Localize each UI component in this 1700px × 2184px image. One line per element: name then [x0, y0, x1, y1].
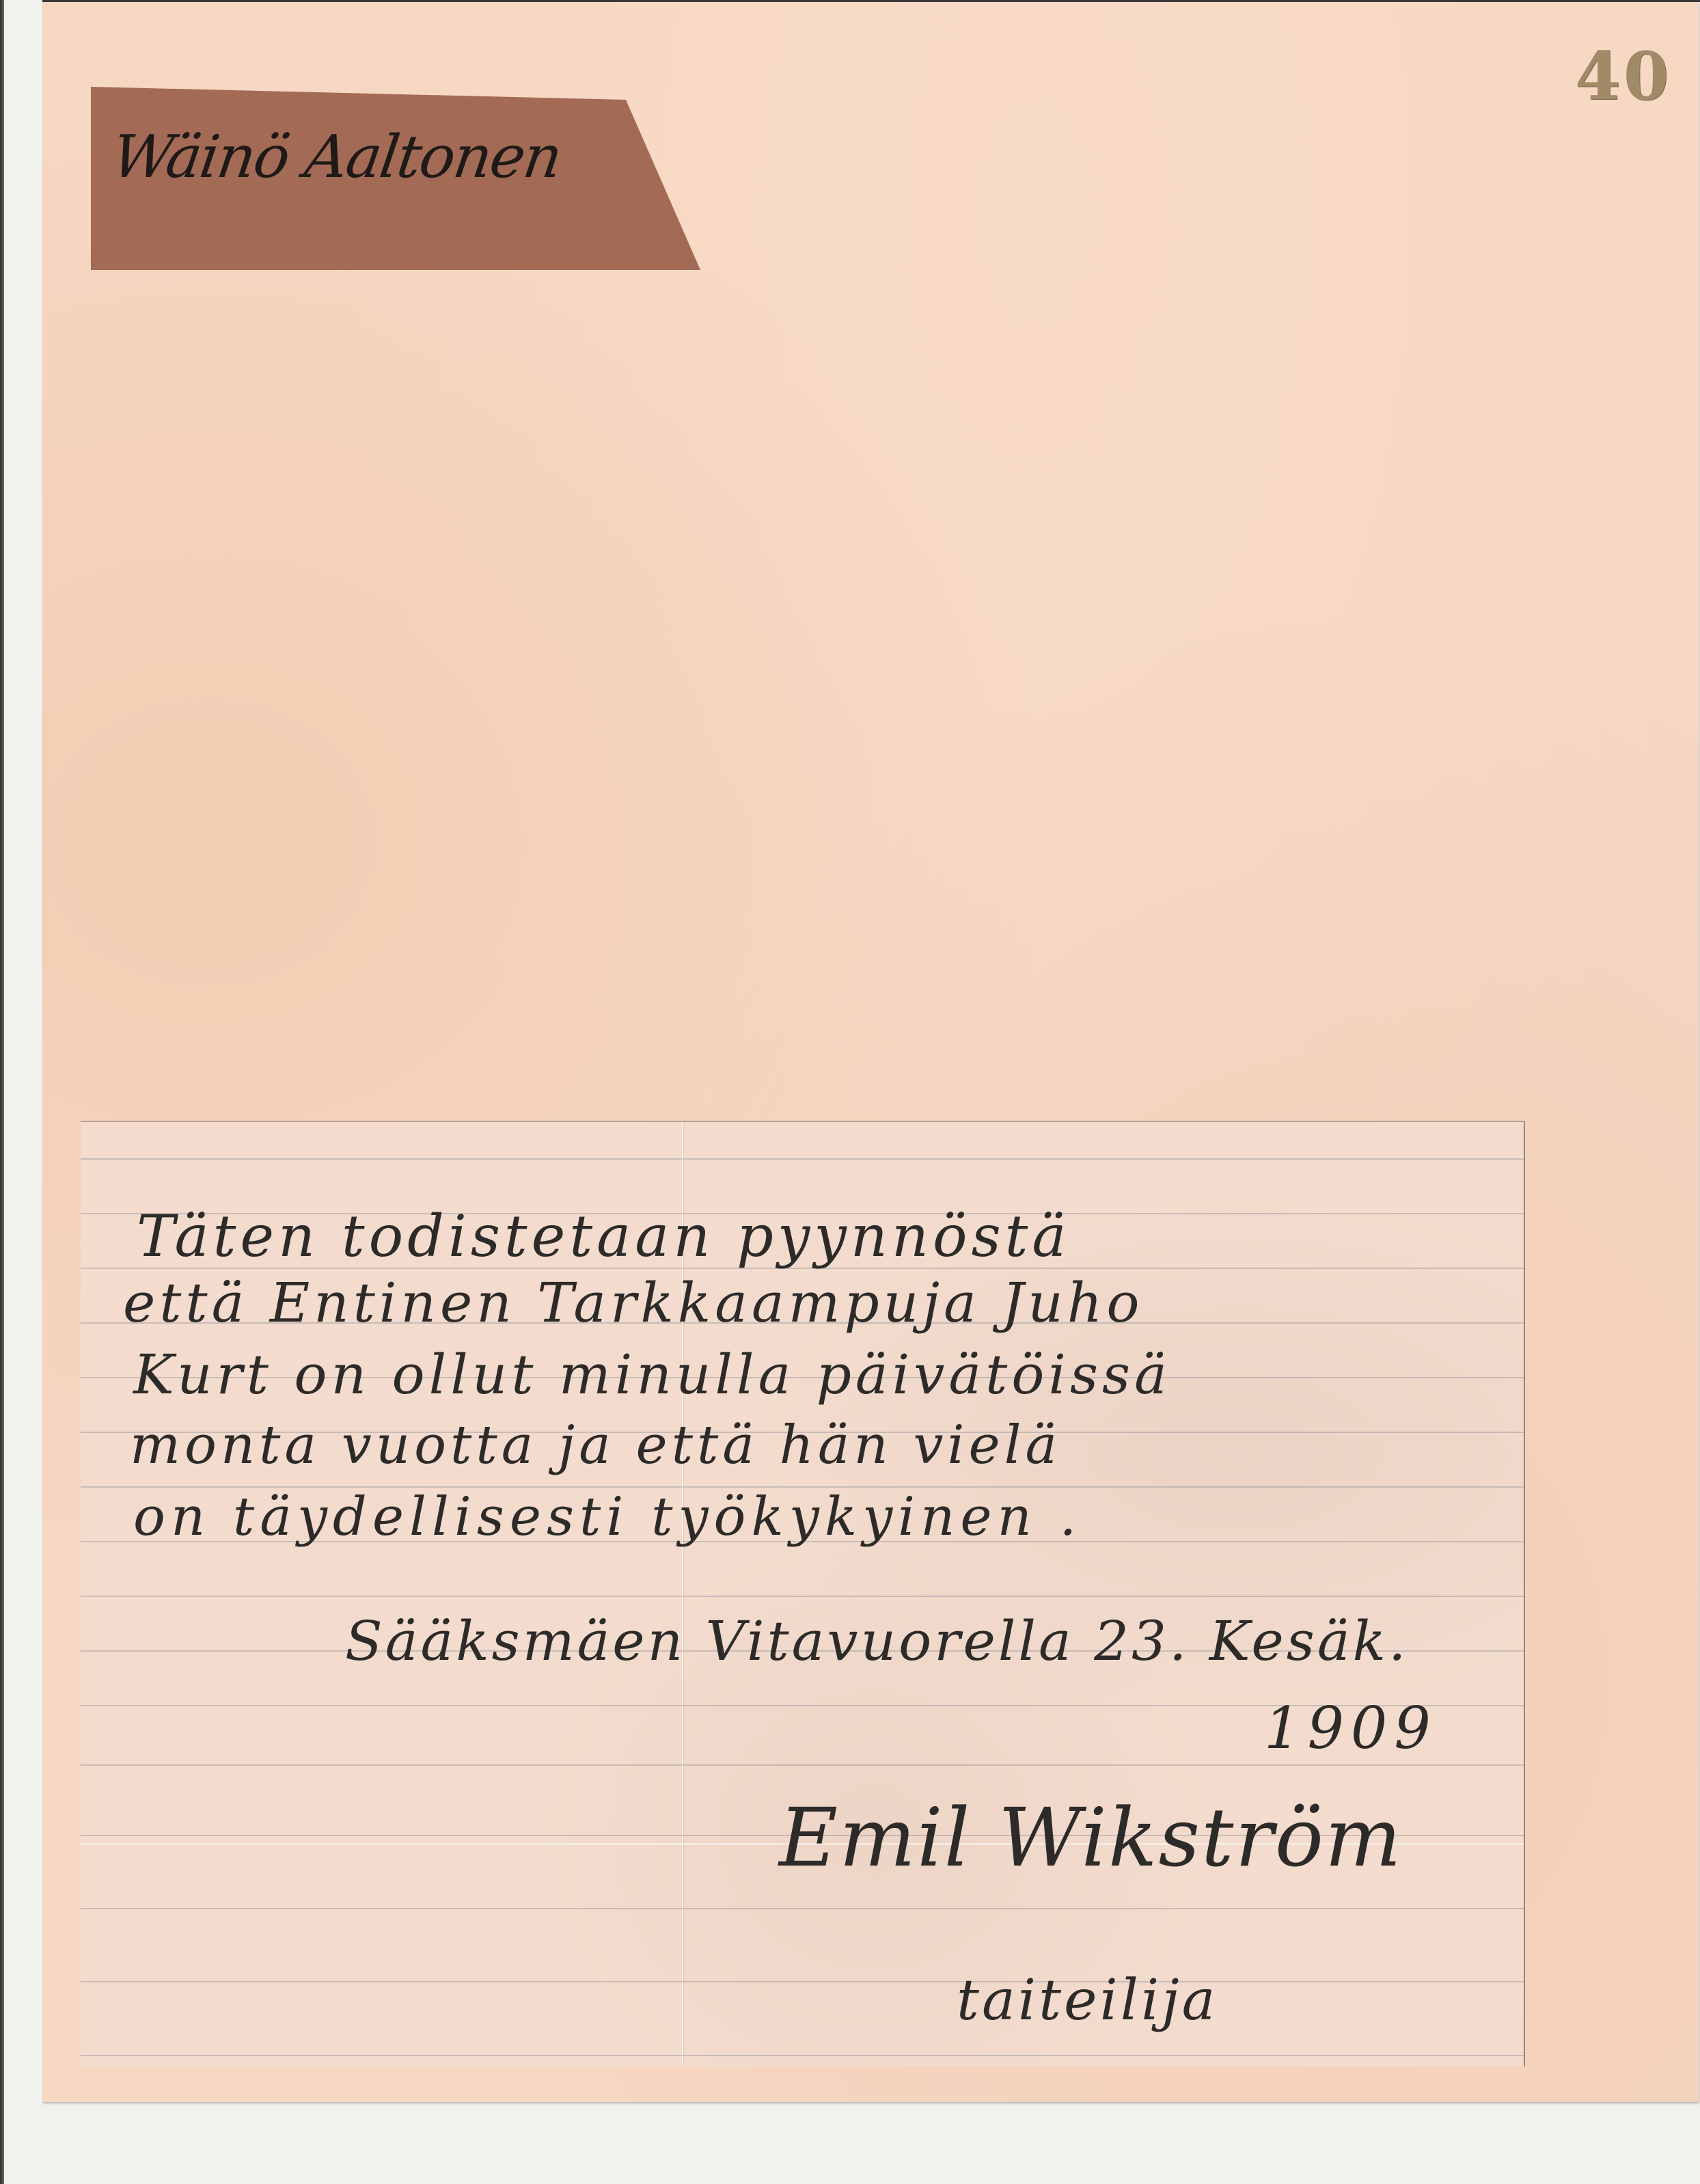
year: 1909	[1264, 1695, 1438, 1762]
signer-title: taiteilija	[957, 1968, 1218, 2033]
rule-line	[81, 2055, 1524, 2056]
rule-line	[81, 1596, 1524, 1597]
rule-line	[81, 1764, 1524, 1766]
letter-line-2: että Entinen Tarkkaampuja Juho	[123, 1271, 1143, 1335]
place-date: Sääksmäen Vitavuorella 23. Kesäk.	[345, 1609, 1408, 1673]
rule-line	[81, 1981, 1524, 1982]
name-label-text: Wäinö Aaltonen	[108, 123, 565, 191]
signature: Emil Wikström	[779, 1790, 1403, 1885]
rule-line	[81, 1158, 1524, 1160]
rule-line	[81, 1908, 1524, 1909]
page-number: 40	[1575, 38, 1672, 115]
letter-line-1: Täten todistetaan pyynnöstä	[137, 1203, 1071, 1270]
letter-line-3: Kurt on ollut minulla päivätöissä	[133, 1343, 1171, 1406]
letter-line-5: on täydellisesti työkykyinen .	[133, 1486, 1082, 1548]
scanner-edge	[0, 0, 4, 2184]
letter-line-4: monta vuotta ja että hän vielä	[130, 1415, 1061, 1476]
